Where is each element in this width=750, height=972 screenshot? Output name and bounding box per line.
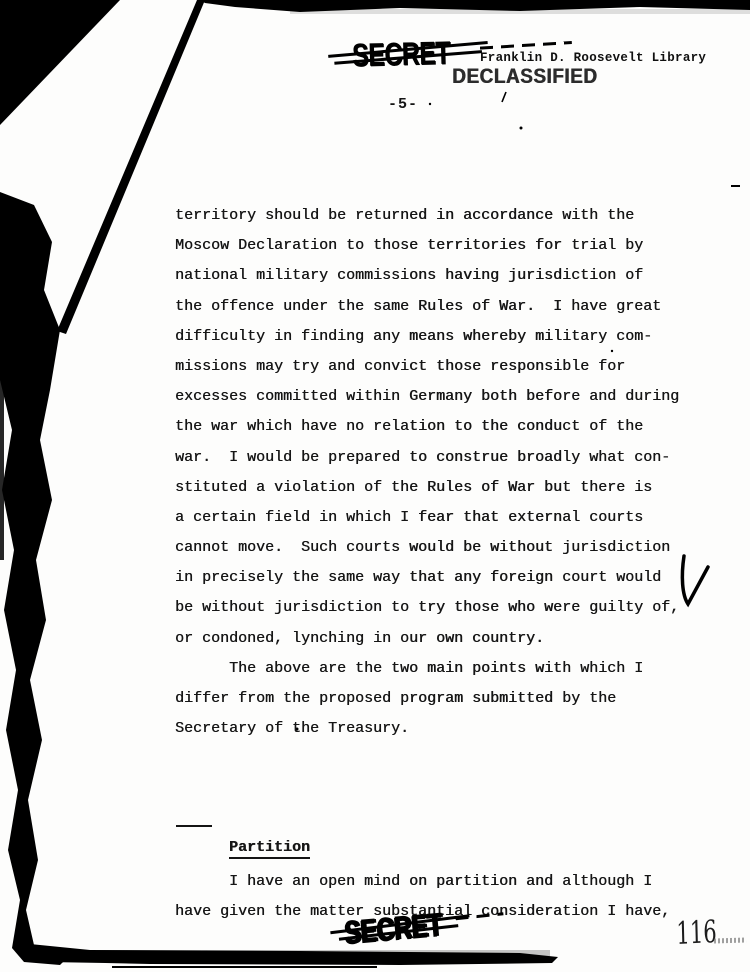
- speck: [520, 127, 523, 130]
- text-line: in precisely the same way that any forei…: [175, 563, 679, 593]
- text-line: I have an open mind on partition and alt…: [175, 867, 679, 897]
- text-line: territory should be returned in accordan…: [175, 201, 679, 231]
- text-line: stituted a violation of the Rules of War…: [175, 473, 679, 503]
- text-line: The above are the two main points with w…: [175, 654, 679, 684]
- text-line: war. I would be prepared to construe bro…: [175, 443, 679, 473]
- left-edge-line: [0, 250, 4, 560]
- text-line: national military commissions having jur…: [175, 261, 679, 291]
- heading-double-underline: [176, 825, 212, 827]
- text-line: cannot move. Such courts would be withou…: [175, 533, 679, 563]
- text-line: or condoned, lynching in our own country…: [175, 624, 679, 654]
- speck: [429, 103, 431, 105]
- text-line: the offence under the same Rules of War.…: [175, 292, 679, 322]
- top-edge-speckle: [290, 9, 750, 14]
- text-line: differ from the proposed program submitt…: [175, 684, 679, 714]
- document-body: territory should be returned in accordan…: [175, 167, 679, 961]
- declassified-stamp: DECLASSIFIED: [452, 65, 597, 90]
- page-number: -5-: [388, 96, 418, 113]
- secret-stamp-top: SECRET: [352, 35, 459, 69]
- text-line: a certain field in which I fear that ext…: [175, 503, 679, 533]
- partition-heading: Partition: [229, 839, 310, 859]
- text-line: be without jurisdiction to try those who…: [175, 593, 679, 623]
- paragraph-lines: territory should be returned in accordan…: [175, 201, 679, 744]
- corner-fold-artifact: [0, 0, 120, 125]
- stray-mark: [502, 92, 506, 102]
- handwritten-page-number: 116: [676, 914, 717, 952]
- text-line: missions may try and convict those respo…: [175, 352, 679, 382]
- library-stamp: Franklin D. Roosevelt Library: [480, 51, 706, 65]
- checkmark-annotation: [682, 556, 708, 604]
- text-line: Secretary of the Treasury.: [175, 714, 679, 744]
- bottom-thin-line: [112, 966, 377, 968]
- text-line: the war which have no relation to the co…: [175, 412, 679, 442]
- left-edge-band: [0, 192, 70, 965]
- text-line: excesses committed within Germany both b…: [175, 382, 679, 412]
- section-heading-row: Partition: [175, 802, 679, 832]
- document-page: SECRET Franklin D. Roosevelt Library DEC…: [0, 0, 750, 972]
- stray-dash: [731, 185, 740, 187]
- text-line: Moscow Declaration to those territories …: [175, 231, 679, 261]
- text-line: difficulty in finding any means whereby …: [175, 322, 679, 352]
